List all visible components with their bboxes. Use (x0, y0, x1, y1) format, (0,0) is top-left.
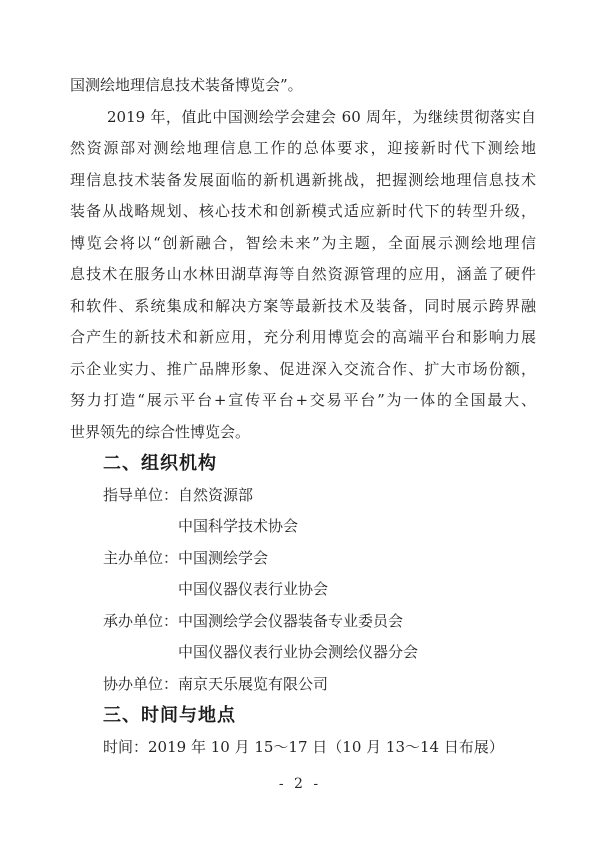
org-value-continuation: 中国仪器仪表行业协会 (70, 574, 536, 606)
paragraph-line: 息技术在服务山水林田湖草海等自然资源管理的应用，涵盖了硬件 (70, 259, 536, 291)
time-label: 时间： (103, 738, 148, 756)
paragraph-line: 世界领先的综合性博览会。 (70, 417, 536, 449)
paragraph-line: 装备从战略规划、核心技术和创新模式适应新时代下的转型升级， (70, 196, 536, 228)
org-value: 南京天乐展览有限公司 (178, 675, 328, 693)
org-label: 指导单位： (103, 480, 178, 512)
org-value-continuation: 中国仪器仪表行业协会测绘仪器分会 (70, 637, 536, 669)
org-item-row: 承办单位：中国测绘学会仪器装备专业委员会 (70, 606, 536, 638)
main-paragraph: 2019 年，值此中国测绘学会建会 60 周年，为继续贯彻落实自然资源部对测绘地… (70, 102, 536, 449)
organization-list: 指导单位：自然资源部中国科学技术协会主办单位：中国测绘学会中国仪器仪表行业协会承… (70, 480, 536, 701)
org-item-row: 主办单位：中国测绘学会 (70, 543, 536, 575)
paragraph-line: 合产生的新技术和新应用，充分利用博览会的高端平台和影响力展 (70, 322, 536, 354)
paragraph-continuation-line: 国测绘地理信息技术装备博览会”。 (70, 70, 536, 102)
org-value: 自然资源部 (178, 486, 253, 504)
org-value-continuation: 中国科学技术协会 (70, 511, 536, 543)
paragraph-line: 2019 年，值此中国测绘学会建会 60 周年，为继续贯彻落实自 (70, 102, 536, 134)
time-value: 2019 年 10 月 15～17 日（10 月 13～14 日布展） (148, 738, 504, 756)
text-block: 国测绘地理信息技术装备博览会”。 2019 年，值此中国测绘学会建会 60 周年… (70, 70, 536, 763)
org-value: 中国测绘学会仪器装备专业委员会 (178, 612, 403, 630)
paragraph-line: 博览会将以“创新融合，智绘未来”为主题，全面展示测绘地理信 (70, 228, 536, 260)
org-label: 主办单位： (103, 543, 178, 575)
paragraph-line: 和软件、系统集成和解决方案等最新技术及装备，同时展示跨界融 (70, 291, 536, 323)
document-page: 国测绘地理信息技术装备博览会”。 2019 年，值此中国测绘学会建会 60 周年… (0, 0, 600, 848)
section-heading-time-venue: 三、时间与地点 (70, 700, 536, 732)
org-label: 承办单位： (103, 606, 178, 638)
org-value: 中国测绘学会 (178, 549, 268, 567)
org-item-row: 指导单位：自然资源部 (70, 480, 536, 512)
org-item-row: 协办单位：南京天乐展览有限公司 (70, 669, 536, 701)
section-heading-organization: 二、组织机构 (70, 448, 536, 480)
paragraph-line: 示企业实力、推广品牌形象、促进深入交流合作、扩大市场份额， (70, 354, 536, 386)
paragraph-line: 然资源部对测绘地理信息工作的总体要求，迎接新时代下测绘地 (70, 133, 536, 165)
org-label: 协办单位： (103, 669, 178, 701)
time-row: 时间：2019 年 10 月 15～17 日（10 月 13～14 日布展） (70, 732, 536, 764)
paragraph-line: 理信息技术装备发展面临的新机遇新挑战，把握测绘地理信息技术 (70, 165, 536, 197)
paragraph-line: 努力打造“展示平台+宣传平台+交易平台”为一体的全国最大、 (70, 385, 536, 417)
page-number: - 2 - (0, 776, 600, 792)
